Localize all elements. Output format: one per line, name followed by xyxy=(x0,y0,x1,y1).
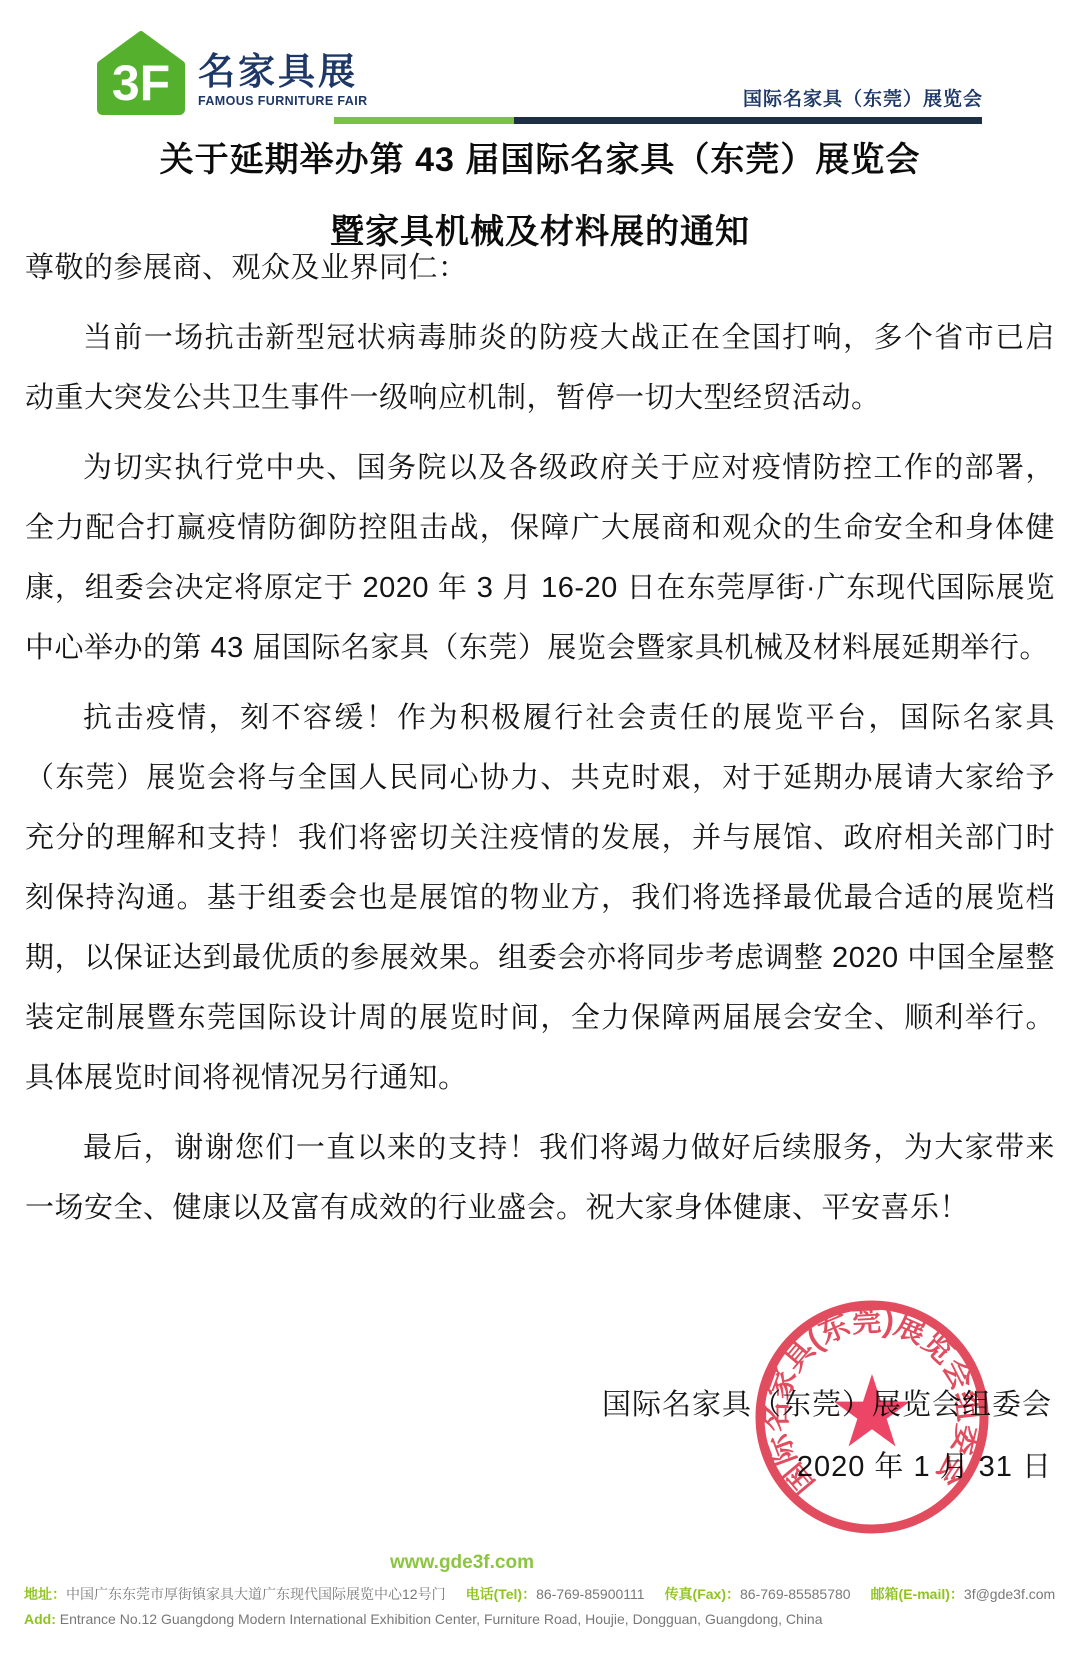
footer-contact-line: 地址：中国广东东莞市厚街镇家具大道广东现代国际展览中心12号门电话(Tel)：8… xyxy=(24,1584,900,1604)
footer-tel-group: 电话(Tel)：86-769-85900111 xyxy=(466,1586,645,1602)
header-fair-title: 国际名家具（东莞）展览会 xyxy=(743,84,983,111)
header-divider xyxy=(334,117,982,124)
footer-address-en-value: Entrance No.12 Guangdong Modern Internat… xyxy=(60,1611,823,1627)
logo-3f-house-icon: 3F xyxy=(96,31,186,115)
logo-badge-text: 3F xyxy=(112,55,170,111)
body-paragraph-1: 当前一场抗击新型冠状病毒肺炎的防疫大战正在全国打响，多个省市已启动重大突发公共卫… xyxy=(25,308,1055,428)
footer: www.gde3f.com 地址：中国广东东莞市厚街镇家具大道广东现代国际展览中… xyxy=(24,1552,900,1627)
footer-address-group: 地址：中国广东东莞市厚街镇家具大道广东现代国际展览中心12号门 xyxy=(24,1586,446,1602)
salutation: 尊敬的参展商、观众及业界同仁： xyxy=(25,238,1055,298)
footer-website: www.gde3f.com xyxy=(24,1552,900,1574)
divider-navy-segment xyxy=(514,117,982,124)
footer-address-en-line: Add: Entrance No.12 Guangdong Modern Int… xyxy=(24,1611,900,1627)
fair-logo: 3F 名家具展 FAMOUS FURNITURE FAIR xyxy=(96,31,368,115)
notice-body: 尊敬的参展商、观众及业界同仁： 当前一场抗击新型冠状病毒肺炎的防疫大战正在全国打… xyxy=(25,238,1055,1248)
footer-tel-value: 86-769-85900111 xyxy=(536,1586,644,1602)
body-paragraph-2: 为切实执行党中央、国务院以及各级政府关于应对疫情防控工作的部署，全力配合打赢疫情… xyxy=(25,438,1055,678)
logo-name-cn: 名家具展 xyxy=(198,53,368,90)
footer-address-label: 地址： xyxy=(24,1586,66,1602)
footer-email-value: 3f@gde3f.com xyxy=(964,1586,1055,1602)
body-paragraph-3: 抗击疫情，刻不容缓！作为积极履行社会责任的展览平台，国际名家具（东莞）展览会将与… xyxy=(25,688,1055,1108)
footer-fax-label: 传真(Fax)： xyxy=(665,1586,740,1602)
footer-address-en-label: Add: xyxy=(24,1611,56,1627)
body-paragraph-4: 最后，谢谢您们一直以来的支持！我们将竭力做好后续服务，为大家带来一场安全、健康以… xyxy=(25,1118,1055,1238)
footer-tel-label: 电话(Tel)： xyxy=(466,1586,537,1602)
footer-email-group: 邮箱(E-mail)：3f@gde3f.com xyxy=(871,1586,1056,1602)
footer-email-label: 邮箱(E-mail)： xyxy=(871,1586,964,1602)
notice-document: 3F 名家具展 FAMOUS FURNITURE FAIR 国际名家具（东莞）展… xyxy=(0,0,1080,1660)
notice-title-line1: 关于延期举办第 43 届国际名家具（东莞）展览会 xyxy=(25,132,1055,181)
official-seal: 国际名家具(东莞)展览会组委会 xyxy=(750,1292,994,1542)
notice-title: 关于延期举办第 43 届国际名家具（东莞）展览会 暨家具机械及材料展的通知 xyxy=(25,132,1055,253)
divider-green-segment xyxy=(334,117,514,124)
logo-name-en: FAMOUS FURNITURE FAIR xyxy=(198,95,368,108)
logo-wordmark: 名家具展 FAMOUS FURNITURE FAIR xyxy=(198,31,368,108)
footer-address-value: 中国广东东莞市厚街镇家具大道广东现代国际展览中心12号门 xyxy=(66,1586,446,1602)
star-icon xyxy=(834,1374,910,1446)
footer-fax-group: 传真(Fax)：86-769-85585780 xyxy=(665,1586,851,1602)
footer-fax-value: 86-769-85585780 xyxy=(740,1586,851,1602)
